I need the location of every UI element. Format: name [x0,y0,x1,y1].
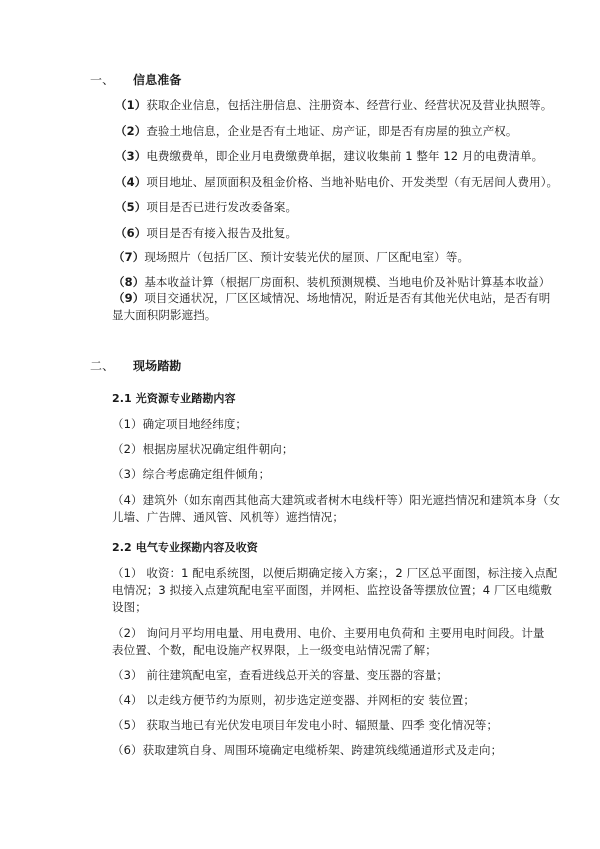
subsection-2-2-title: 2.2 电气专业探勘内容及收资 [112,541,258,555]
list-item: （5）项目是否已进行发改委备案。 [115,200,297,214]
list-item: （1） 收资：1 配电系统图，以便后期确定接入方案；，2 厂区总平面图，标注接入… [112,566,557,580]
list-item: （4）建筑外（如东南西其他高大建筑或者树木电线杆等）阳光遮挡情况和建筑本身（女 [112,493,560,507]
list-item: （2） 询问月平均用电量、用电费用、电价、主要用电负荷和 主要用电时间段。计量 [112,626,545,640]
list-item-continuation: 表位置、个数，配电设施产权界限，上一级变电站情况需了解； [112,643,437,657]
list-item: （1）获取企业信息，包括注册信息、注册资本、经营行业、经营状况及营业执照等。 [115,98,552,112]
section-1-number: 一、 [90,73,114,87]
list-item: （6）获取建筑自身、周围环境确定电缆桥架、跨建筑线缆通道形式及走向； [112,743,502,757]
section-2-title: 现场踏勘 [133,359,181,373]
list-item: （4） 以走线方便节约为原则，初步选定逆变器、并网柜的安 装位置； [112,693,475,707]
list-item-continuation: 显大面积阴影遮挡。 [112,308,216,322]
list-item: （1）确定项目地经纬度； [112,417,247,431]
list-item-continuation: 儿墙、广告牌、通风管、风机等）遮挡情况； [112,510,344,524]
subsection-2-1-title: 2.1 光资源专业踏勘内容 [112,392,236,406]
list-item: （2）查验土地信息，企业是否有土地证、房产证，即是否有房屋的独立产权。 [115,124,518,138]
list-item: （7）现场照片（包括厂区、预计安装光伏的屋顶、厂区配电室）等。 [113,250,469,264]
section-2-number: 二、 [90,359,114,373]
list-item: （3）综合考虑确定组件倾角； [112,467,270,481]
list-item: （4）项目地址、屋顶面积及租金价格、当地补贴电价、开发类型（有无居间人费用）。 [115,175,558,189]
list-item: （8）基本收益计算（根据厂房面积、装机预测规模、当地电价及补贴计算基本收益） [113,275,550,289]
list-item: （3） 前往建筑配电室，查看进线总开关的容量、变压器的容量； [112,668,448,682]
list-item: （3）电费缴费单，即企业月电费缴费单据，建议收集前 1 整年 12 月的电费清单… [115,149,543,163]
list-item: （9）项目交通状况，厂区区域情况、场地情况，附近是否有其他光伏电站，是否有明 [113,291,550,305]
list-item: （5） 获取当地已有光伏发电项目年发电小时、辐照量、四季 变化情况等； [112,718,498,732]
list-item-continuation: 电情况；3 拟接入点建筑配电室平面图，并网柜、监控设备等摆放位置；4 厂区电缆敷 [112,583,552,597]
section-1-title: 信息准备 [133,73,181,87]
list-item: （2）根据房屋状况确定组件朝向； [112,442,293,456]
list-item-continuation: 设图； [112,600,147,614]
list-item: （6）项目是否有接入报告及批复。 [115,226,297,240]
